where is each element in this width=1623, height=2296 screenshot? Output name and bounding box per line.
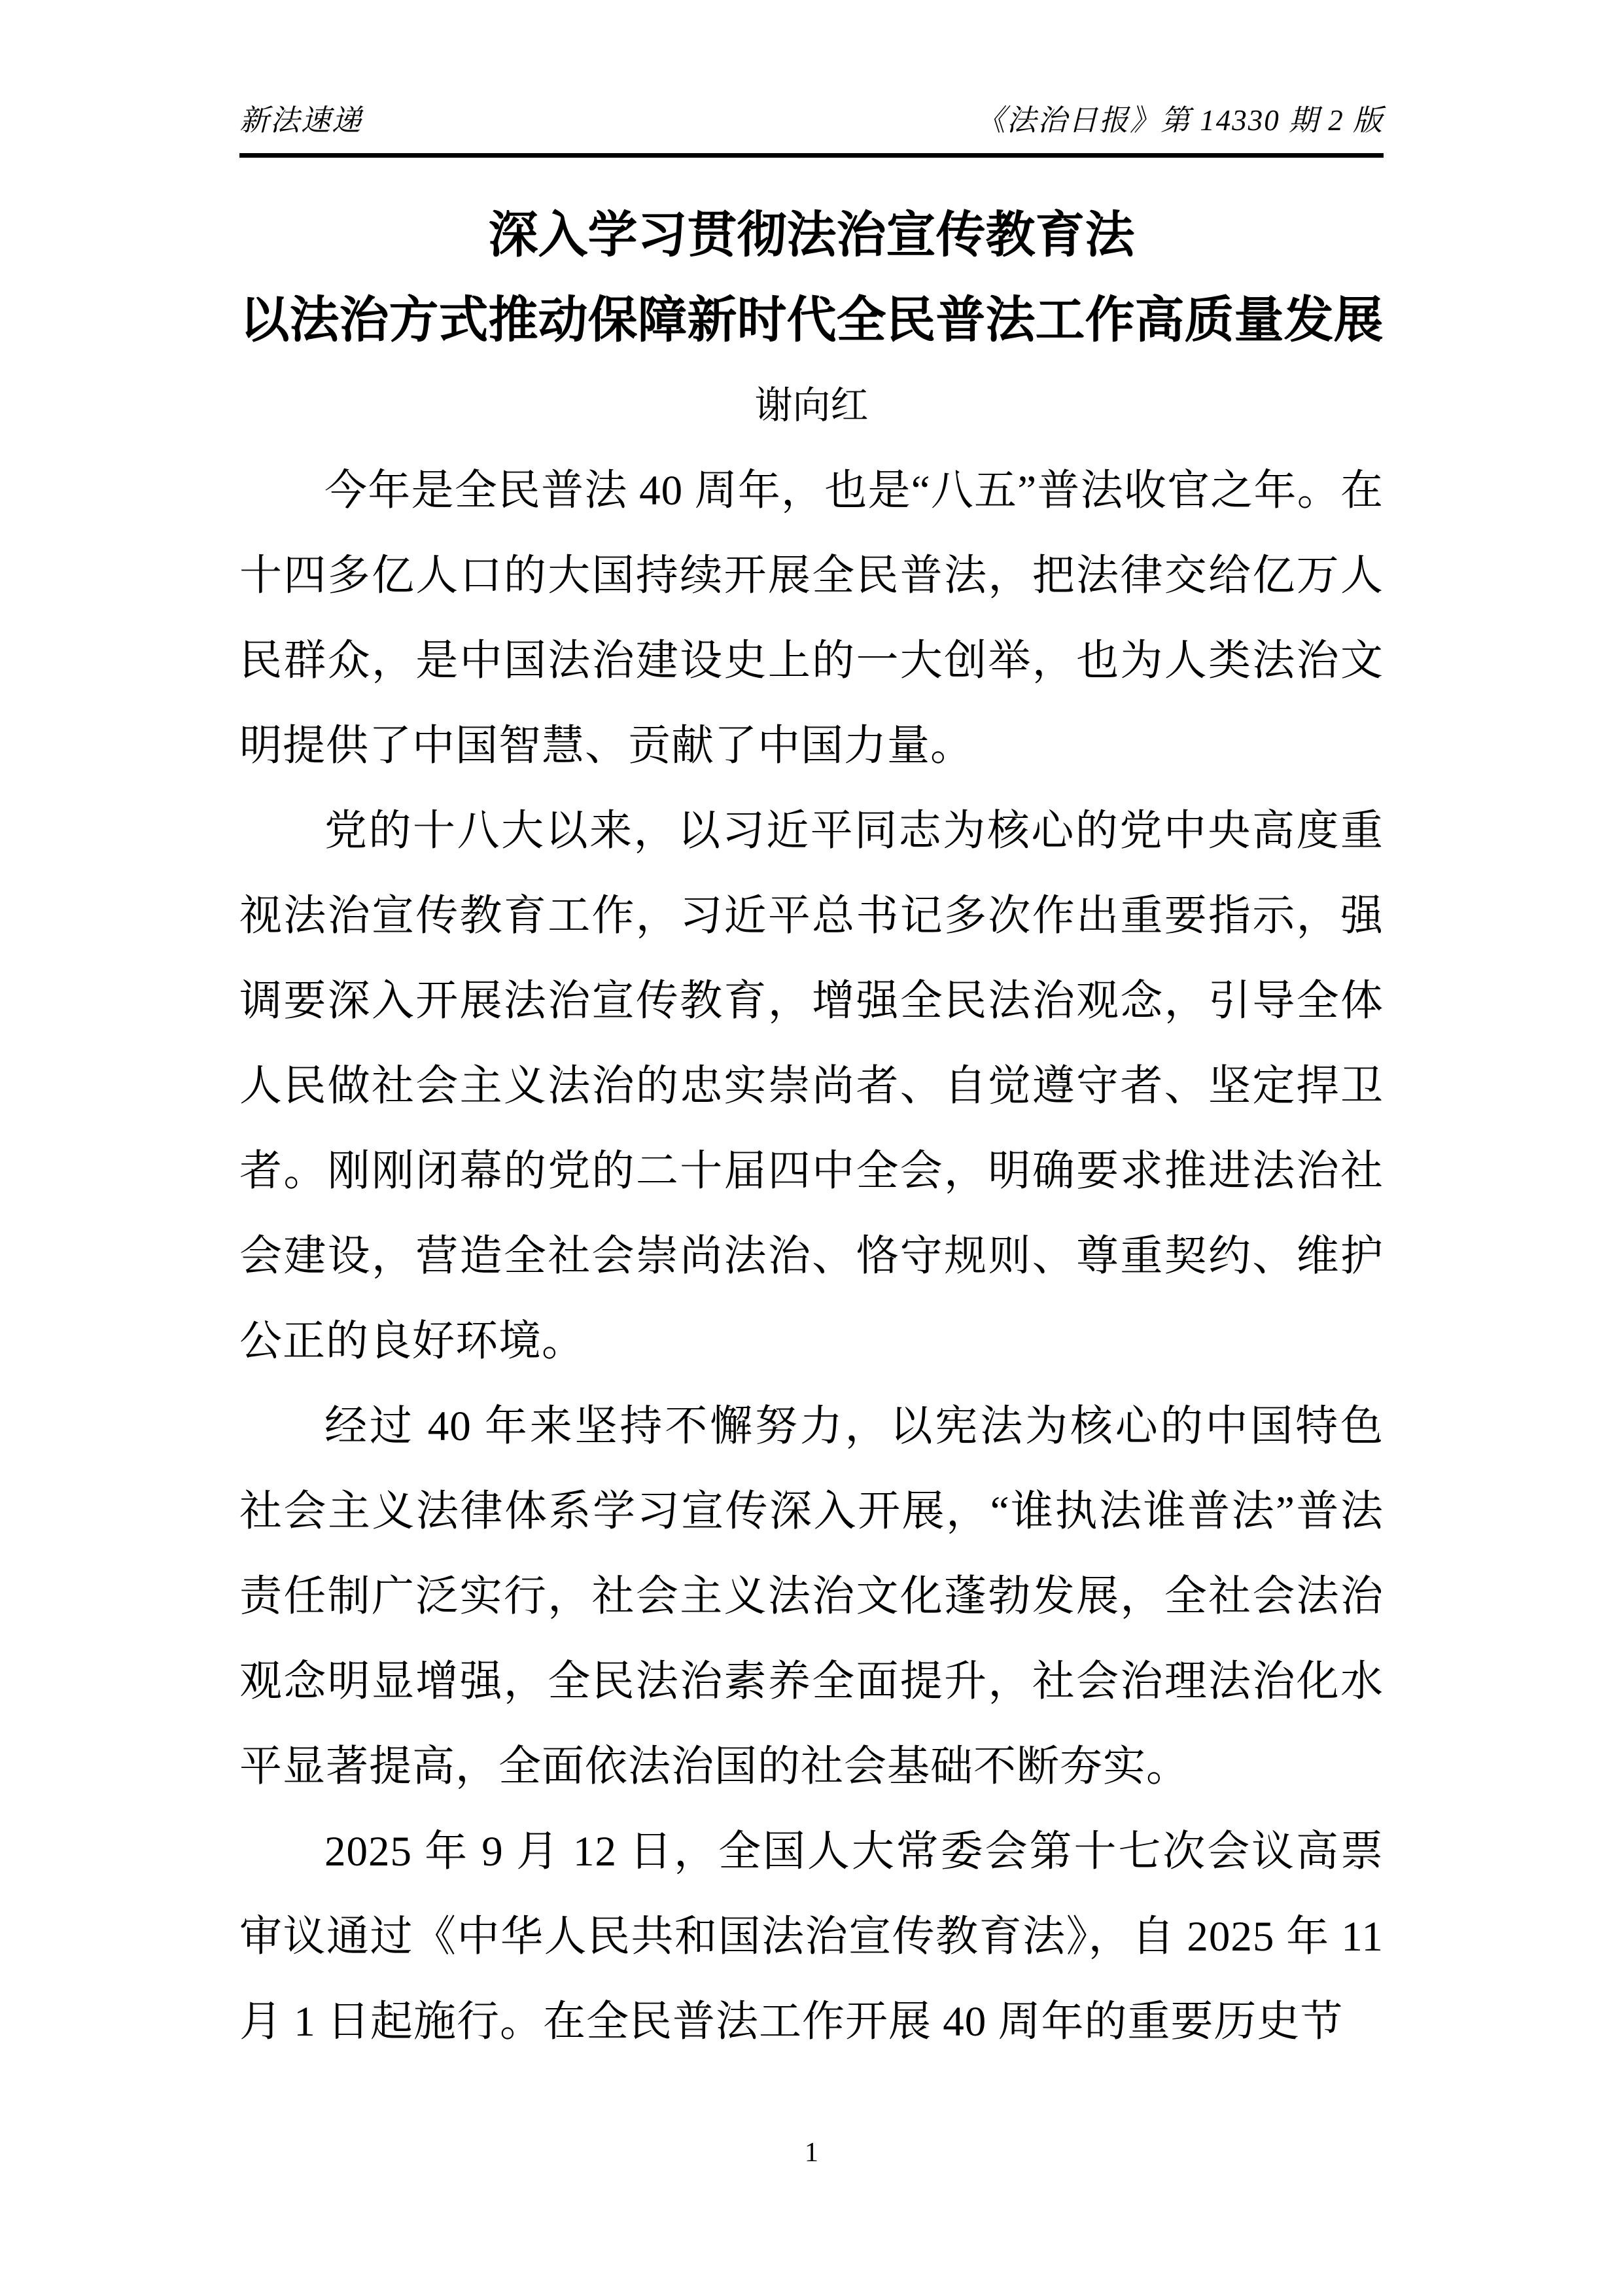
header-rule xyxy=(239,153,1384,158)
article-title-line2: 以法治方式推动保障新时代全民普法工作高质量发展 xyxy=(239,278,1384,363)
paragraph-3: 经过 40 年来坚持不懈努力，以宪法为核心的中国特色社会主义法律体系学习宣传深入… xyxy=(239,1384,1384,1809)
paragraph-4: 2025 年 9 月 12 日，全国人大常委会第十七次会议高票审议通过《中华人民… xyxy=(239,1809,1384,2064)
article-title-line1: 深入学习贯彻法治宣传教育法 xyxy=(239,193,1384,278)
page-number: 1 xyxy=(0,2139,1623,2166)
paragraph-1: 今年是全民普法 40 周年，也是“八五”普法收官之年。在十四多亿人口的大国持续开… xyxy=(239,448,1384,788)
author-name: 谢向红 xyxy=(239,363,1384,448)
header-issue-label: 《法治日报》第 14330 期 2 版 xyxy=(976,99,1384,141)
paragraph-2: 党的十八大以来，以习近平同志为核心的党中央高度重视法治宣传教育工作，习近平总书记… xyxy=(239,788,1384,1384)
header-column-label: 新法速递 xyxy=(239,99,362,141)
article-body: 今年是全民普法 40 周年，也是“八五”普法收官之年。在十四多亿人口的大国持续开… xyxy=(239,448,1384,2064)
page-header: 新法速递 《法治日报》第 14330 期 2 版 xyxy=(239,0,1384,141)
document-page: 新法速递 《法治日报》第 14330 期 2 版 深入学习贯彻法治宣传教育法 以… xyxy=(0,0,1623,2296)
